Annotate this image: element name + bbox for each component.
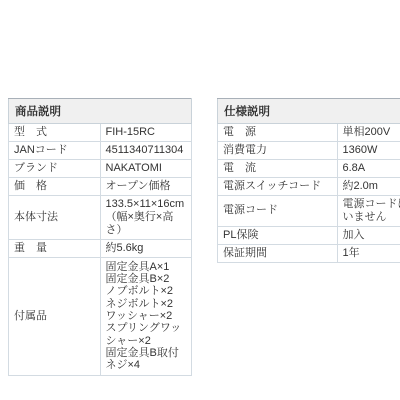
table-row: 型 式 FIH-15RC — [9, 124, 192, 142]
row-label-switch-cord: 電源スイッチコード — [218, 177, 338, 195]
specification-title: 仕様説明 — [218, 99, 400, 124]
row-value-power-cord: 電源コードはついていません — [337, 195, 400, 226]
row-value-power-source: 単相200V 50/60Hz — [337, 124, 400, 142]
table-header-row: 仕様説明 — [218, 99, 400, 124]
product-description-table: 商品説明 型 式 FIH-15RC JANコード 4511340711304 ブ… — [8, 98, 192, 376]
row-label-dimensions: 本体寸法 — [9, 195, 101, 239]
row-label-jan-code: JANコード — [9, 141, 101, 159]
row-value-current: 6.8A — [337, 159, 400, 177]
row-label-model: 型 式 — [9, 124, 101, 142]
row-label-power-consumption: 消費電力 — [218, 141, 338, 159]
row-label-warranty: 保証期間 — [218, 244, 338, 262]
row-value-price: オープン価格 — [100, 177, 192, 195]
row-label-accessories: 付属品 — [9, 257, 101, 375]
table-row: PL保険 加入 — [218, 226, 400, 244]
row-label-pl-insurance: PL保険 — [218, 226, 338, 244]
row-value-warranty: 1年 — [337, 244, 400, 262]
row-label-price: 価 格 — [9, 177, 101, 195]
product-description-title: 商品説明 — [9, 99, 192, 124]
table-row: 電 流 6.8A — [218, 159, 400, 177]
row-value-weight: 約5.6kg — [100, 239, 192, 257]
table-row: JANコード 4511340711304 — [9, 141, 192, 159]
table-header-row: 商品説明 — [9, 99, 192, 124]
table-row: ブランド NAKATOMI — [9, 159, 192, 177]
row-value-brand: NAKATOMI — [100, 159, 192, 177]
specification-table: 仕様説明 電 源 単相200V 50/60Hz 消費電力 1360W 電 流 6… — [217, 98, 400, 263]
row-value-model: FIH-15RC — [100, 124, 192, 142]
row-value-pl-insurance: 加入 — [337, 226, 400, 244]
product-spec-page: 商品説明 型 式 FIH-15RC JANコード 4511340711304 ブ… — [0, 0, 400, 400]
row-value-switch-cord: 約2.0m — [337, 177, 400, 195]
row-label-brand: ブランド — [9, 159, 101, 177]
row-value-power-consumption: 1360W — [337, 141, 400, 159]
table-row: 価 格 オープン価格 — [9, 177, 192, 195]
table-row: 本体寸法 133.5×11×16cm （幅×奥行×高さ） — [9, 195, 192, 239]
table-row: 消費電力 1360W — [218, 141, 400, 159]
row-label-current: 電 流 — [218, 159, 338, 177]
table-row: 電源コード 電源コードはついていません — [218, 195, 400, 226]
row-label-power-source: 電 源 — [218, 124, 338, 142]
table-row: 重 量 約5.6kg — [9, 239, 192, 257]
table-row: 付属品 固定金具A×1 固定金具B×2 ノブボルト×2 ネジボルト×2 ワッシャ… — [9, 257, 192, 375]
row-label-power-cord: 電源コード — [218, 195, 338, 226]
table-row: 電源スイッチコード 約2.0m — [218, 177, 400, 195]
row-value-accessories: 固定金具A×1 固定金具B×2 ノブボルト×2 ネジボルト×2 ワッシャー×2 … — [100, 257, 192, 375]
row-value-jan-code: 4511340711304 — [100, 141, 192, 159]
table-row: 保証期間 1年 — [218, 244, 400, 262]
table-row: 電 源 単相200V 50/60Hz — [218, 124, 400, 142]
row-label-weight: 重 量 — [9, 239, 101, 257]
row-value-dimensions: 133.5×11×16cm （幅×奥行×高さ） — [100, 195, 192, 239]
